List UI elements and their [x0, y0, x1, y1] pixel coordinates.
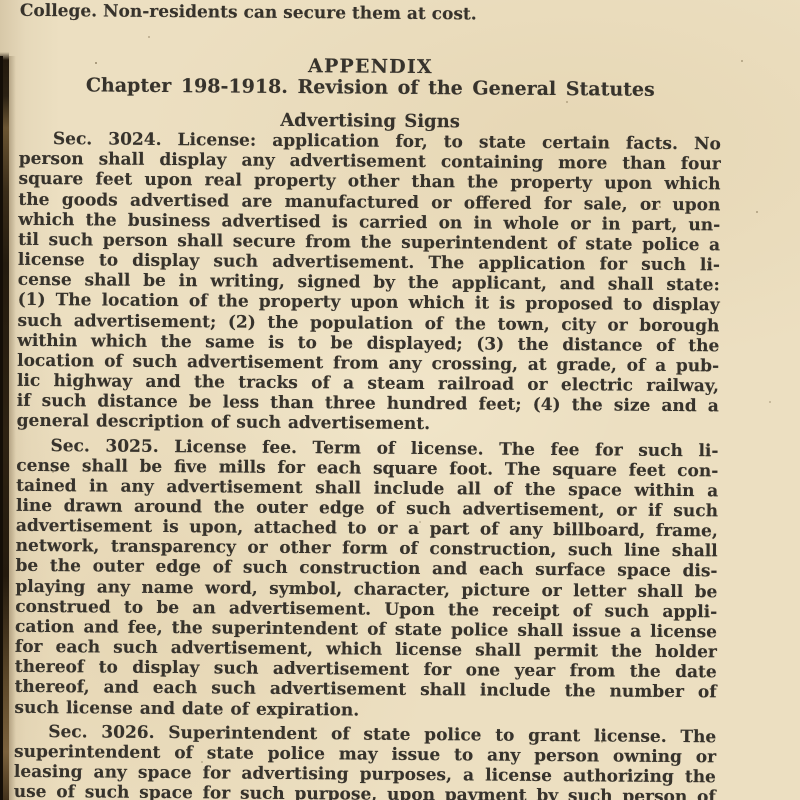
sec-3024: Sec. 3024. License: application for, to …: [17, 129, 721, 437]
page-content: College. Non-residents can secure them a…: [14, 0, 722, 800]
sec-3026: Sec. 3026. Superintendent of state polic…: [14, 722, 717, 800]
book-binding-shadow: [0, 0, 9, 800]
continuation-line: College. Non-residents can secure them a…: [20, 1, 722, 27]
book-page-scan: College. Non-residents can secure them a…: [0, 0, 800, 800]
paper-specks: [0, 0, 2, 2]
sec-3025: Sec. 3025. License fee. Term of license.…: [14, 435, 718, 723]
chapter-heading: Chapter 198-1918. Revision of the Genera…: [19, 75, 721, 102]
statute-paragraphs: Sec. 3024. License: application for, to …: [14, 129, 721, 800]
